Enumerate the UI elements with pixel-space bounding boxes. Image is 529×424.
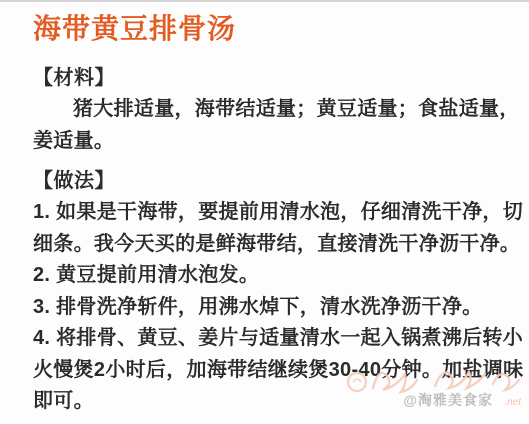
watermark-domain: .net [504,397,521,408]
method-heading: 【做法】 [33,166,503,197]
method-step-4-line: 即可。 [33,386,503,418]
method-step-4-line: 火慢煲2小时后，加海带结继续煲30-40分钟。加盐调味 [33,355,503,387]
method-step-2-line: 2. 黄豆提前用清水泡发。 [33,260,503,292]
materials-line: 姜适量。 [33,126,503,158]
materials-line: 猪大排适量，海带结适量；黄豆适量；食盐适量， [33,94,503,126]
recipe-title: 海带黄豆排骨汤 [33,12,503,46]
method-step-4-line: 4. 将排骨、黄豆、姜片与适量清水一起入锅煮沸后转小 [33,323,503,355]
method-step-3-line: 3. 排骨洗净斩件，用沸水焯下，清水洗净沥干净。 [33,292,503,324]
method-step-1-line: 1. 如果是干海带，要提前用清水泡，仔细清洗干净，切 [33,197,503,229]
method-step-1-line: 细条。我今天买的是鲜海带结，直接清洗干净沥干净。 [33,229,503,261]
recipe-document: 海带黄豆排骨汤 【材料】 猪大排适量，海带结适量；黄豆适量；食盐适量， 姜适量。… [0,0,529,424]
materials-heading: 【材料】 [33,63,503,94]
